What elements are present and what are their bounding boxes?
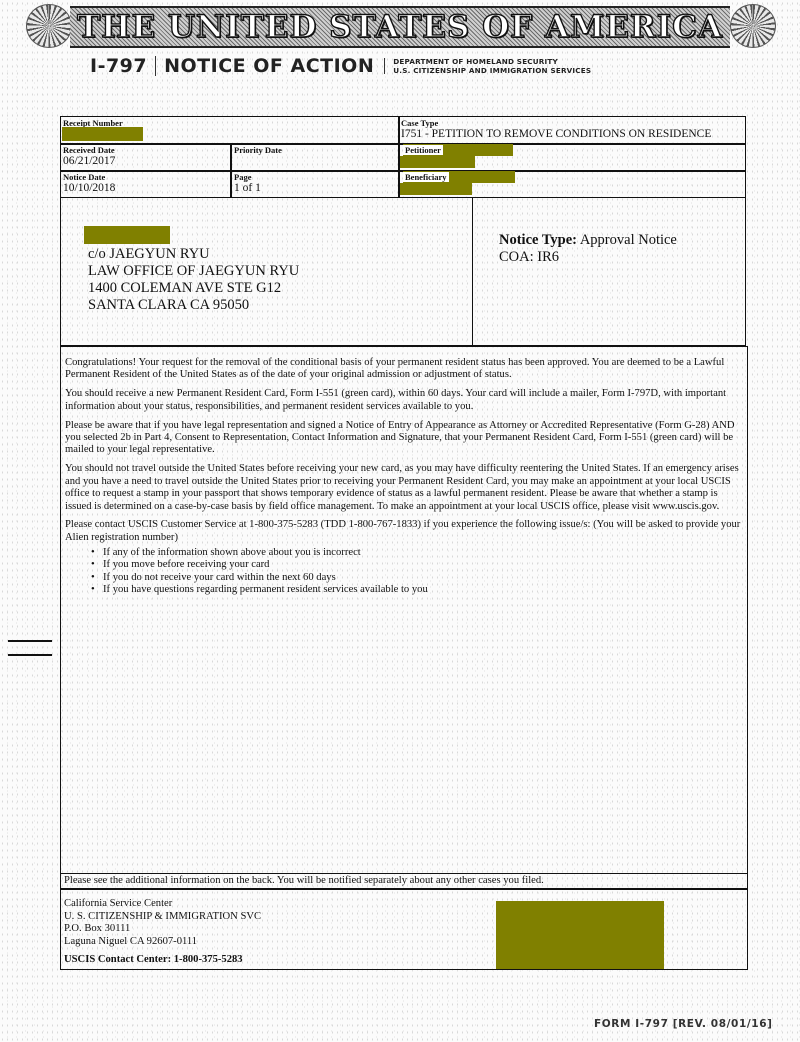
address-line: LAW OFFICE OF JAEGYUN RYU — [88, 263, 299, 280]
barcode-redaction — [496, 901, 664, 969]
paragraph-legal-representation: Please be aware that if you have legal r… — [65, 420, 741, 457]
case-type-label: Case Type — [401, 118, 711, 128]
office-line: P.O. Box 30111 — [64, 923, 261, 936]
banner: THE UNITED STATES OF AMERICA — [70, 6, 730, 48]
fold-mark — [8, 640, 52, 642]
form-revision: FORM I-797 [REV. 08/01/16] — [594, 1018, 773, 1030]
service-center-address: California Service Center U. S. CITIZENS… — [64, 898, 261, 948]
address-line: SANTA CLARA CA 95050 — [88, 297, 299, 314]
petitioner-redaction — [400, 156, 475, 168]
case-type-value: I751 - PETITION TO REMOVE CONDITIONS ON … — [401, 128, 711, 141]
notice-date-label: Notice Date — [63, 172, 115, 182]
notice-type-panel: Notice Type: Approval Notice COA: IR6 — [472, 198, 746, 346]
beneficiary-redaction — [400, 183, 472, 195]
issue-list-item: If any of the information shown above ab… — [103, 547, 741, 559]
agency-name: U.S. CITIZENSHIP AND IMMIGRATION SERVICE… — [393, 66, 591, 75]
issue-list-item: If you have questions regarding permanen… — [103, 584, 741, 596]
mailing-address-panel: c/o JAEGYUN RYU LAW OFFICE OF JAEGYUN RY… — [60, 198, 473, 346]
address-line: c/o JAEGYUN RYU — [88, 246, 299, 263]
department-name: DEPARTMENT OF HOMELAND SECURITY — [393, 57, 591, 66]
notice-date-cell: Notice Date 10/10/2018 — [63, 172, 115, 195]
received-date-value: 06/21/2017 — [63, 155, 115, 168]
case-type-cell: Case Type I751 - PETITION TO REMOVE COND… — [401, 118, 711, 141]
notice-type-label: Notice Type: — [499, 232, 577, 248]
petitioner-label: Petitioner — [405, 145, 441, 155]
petitioner-cell: Petitioner — [403, 145, 443, 155]
contact-center: USCIS Contact Center: 1-800-375-5283 — [64, 954, 243, 965]
notice-type-value: Approval Notice — [580, 232, 677, 248]
paragraph-travel: You should not travel outside the United… — [65, 463, 741, 513]
received-date-label: Received Date — [63, 145, 115, 155]
beneficiary-label: Beneficiary — [405, 172, 447, 182]
recipient-name-redaction — [84, 226, 170, 244]
form-title: NOTICE OF ACTION — [164, 55, 374, 77]
title-divider — [384, 58, 385, 74]
office-line: Laguna Niguel CA 92607-0111 — [64, 936, 261, 949]
service-center-panel: California Service Center U. S. CITIZENS… — [60, 889, 748, 970]
banner-rosette-left-icon — [26, 4, 72, 48]
paragraph-contact: Please contact USCIS Customer Service at… — [65, 519, 741, 544]
received-date-cell: Received Date 06/21/2017 — [63, 145, 115, 168]
title-divider — [155, 56, 156, 76]
beneficiary-cell: Beneficiary — [403, 172, 449, 182]
issue-list: If any of the information shown above ab… — [65, 547, 741, 596]
paragraph-approval: Congratulations! Your request for the re… — [65, 357, 741, 382]
fold-mark — [8, 654, 52, 656]
issue-list-item: If you move before receiving your card — [103, 559, 741, 571]
coa-value: COA: IR6 — [499, 249, 677, 266]
notice-date-value: 10/10/2018 — [63, 182, 115, 195]
office-line: U. S. CITIZENSHIP & IMMIGRATION SVC — [64, 911, 261, 924]
mailing-address: c/o JAEGYUN RYU LAW OFFICE OF JAEGYUN RY… — [88, 246, 299, 314]
issue-list-item: If you do not receive your card within t… — [103, 572, 741, 584]
page-value: 1 of 1 — [234, 182, 261, 195]
form-title-row: I-797 NOTICE OF ACTION DEPARTMENT OF HOM… — [90, 55, 591, 77]
page-cell: Page 1 of 1 — [234, 172, 261, 195]
office-line: California Service Center — [64, 898, 261, 911]
banner-title: THE UNITED STATES OF AMERICA — [77, 9, 723, 45]
form-code: I-797 — [90, 55, 147, 77]
priority-date-cell: Priority Date — [234, 145, 282, 155]
page-label: Page — [234, 172, 261, 182]
agency-block: DEPARTMENT OF HOMELAND SECURITY U.S. CIT… — [393, 57, 591, 75]
priority-date-label: Priority Date — [234, 145, 282, 155]
address-line: 1400 COLEMAN AVE STE G12 — [88, 280, 299, 297]
receipt-number-redaction — [62, 127, 143, 141]
paragraph-card-delivery: You should receive a new Permanent Resid… — [65, 388, 741, 413]
notice-type-block: Notice Type: Approval Notice COA: IR6 — [499, 232, 677, 266]
case-info-table: Receipt Number Case Type I751 - PETITION… — [60, 116, 746, 198]
notice-text: Congratulations! Your request for the re… — [65, 357, 741, 596]
notice-body: Congratulations! Your request for the re… — [60, 346, 748, 874]
additional-info-note: Please see the additional information on… — [60, 874, 748, 889]
banner-rosette-right-icon — [730, 4, 776, 48]
